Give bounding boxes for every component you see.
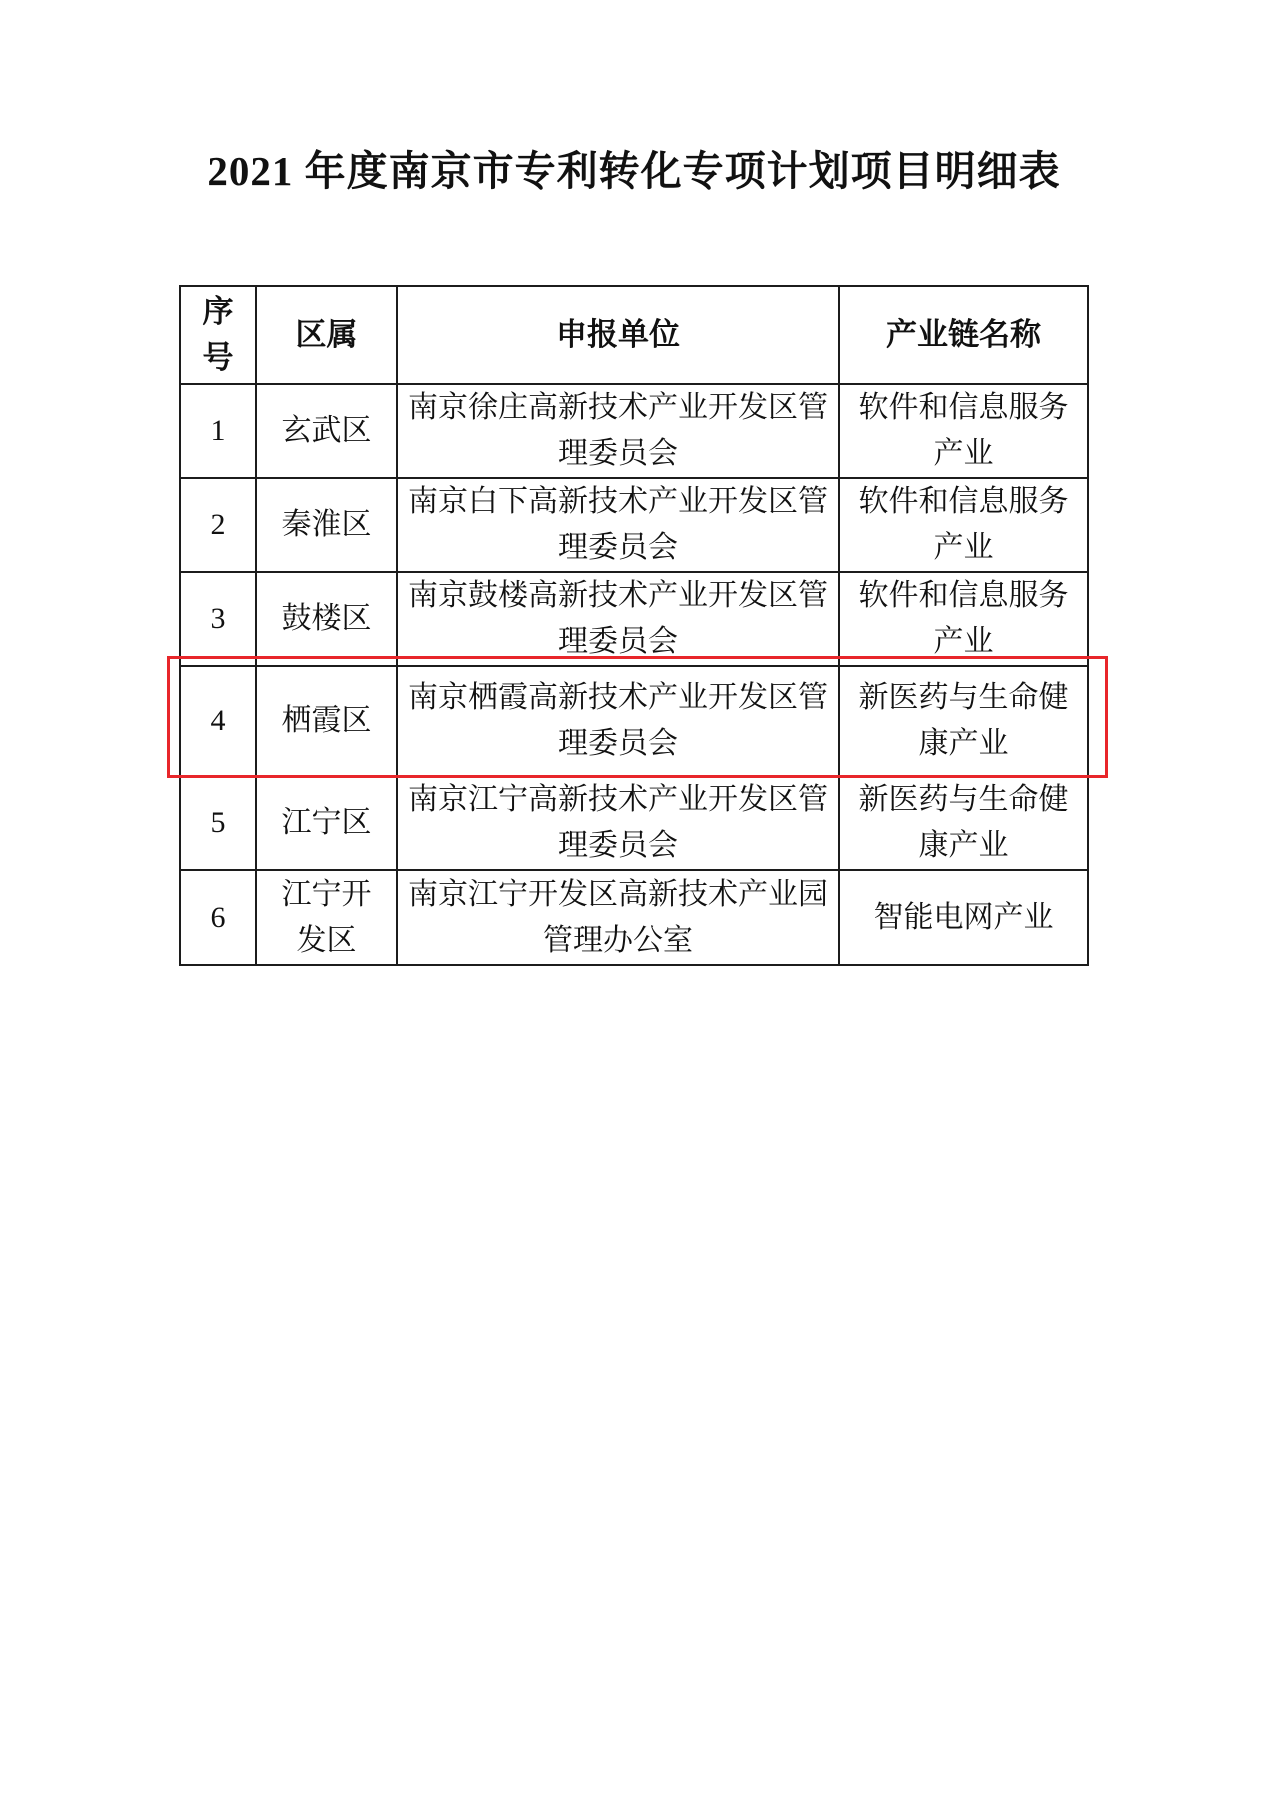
cell-serial-number: 5 [180,776,256,870]
cell-serial-number: 1 [180,384,256,478]
cell-district: 栖霞区 [256,666,397,776]
cell-industry-chain: 软件和信息服务 产业 [839,384,1088,478]
cell-district: 江宁开 发区 [256,870,397,965]
document-title: 2021 年度南京市专利转化专项计划项目明细表 [0,138,1268,197]
table-row-highlighted: 4 栖霞区 南京栖霞高新技术产业开发区管 理委员会 新医药与生命健 康产业 [180,666,1088,776]
table-row: 6 江宁开 发区 南京江宁开发区高新技术产业园 管理办公室 智能电网产业 [180,870,1088,965]
cell-district: 秦淮区 [256,478,397,572]
header-cell-industry-chain: 产业链名称 [839,286,1088,384]
document-page: 2021 年度南京市专利转化专项计划项目明细表 序 号 区属 申报单位 产业链名… [0,0,1268,1793]
cell-applicant-unit: 南京白下高新技术产业开发区管 理委员会 [397,478,839,572]
table-row: 2 秦淮区 南京白下高新技术产业开发区管 理委员会 软件和信息服务 产业 [180,478,1088,572]
table-row: 1 玄武区 南京徐庄高新技术产业开发区管 理委员会 软件和信息服务 产业 [180,384,1088,478]
projects-table: 序 号 区属 申报单位 产业链名称 1 玄武区 南京徐庄高新技术产业开发区管 理… [179,285,1089,966]
cell-applicant-unit: 南京徐庄高新技术产业开发区管 理委员会 [397,384,839,478]
header-cell-serial-number: 序 号 [180,286,256,384]
cell-industry-chain: 新医药与生命健 康产业 [839,666,1088,776]
header-cell-applicant-unit: 申报单位 [397,286,839,384]
cell-applicant-unit: 南京江宁开发区高新技术产业园 管理办公室 [397,870,839,965]
projects-table-container: 序 号 区属 申报单位 产业链名称 1 玄武区 南京徐庄高新技术产业开发区管 理… [179,285,1089,966]
cell-serial-number: 6 [180,870,256,965]
cell-industry-chain: 软件和信息服务 产业 [839,478,1088,572]
table-row: 3 鼓楼区 南京鼓楼高新技术产业开发区管 理委员会 软件和信息服务 产业 [180,572,1088,666]
cell-industry-chain: 智能电网产业 [839,870,1088,965]
cell-industry-chain: 新医药与生命健 康产业 [839,776,1088,870]
header-cell-district: 区属 [256,286,397,384]
cell-district: 江宁区 [256,776,397,870]
cell-serial-number: 3 [180,572,256,666]
cell-industry-chain: 软件和信息服务 产业 [839,572,1088,666]
table-row: 5 江宁区 南京江宁高新技术产业开发区管 理委员会 新医药与生命健 康产业 [180,776,1088,870]
cell-applicant-unit: 南京栖霞高新技术产业开发区管 理委员会 [397,666,839,776]
cell-applicant-unit: 南京鼓楼高新技术产业开发区管 理委员会 [397,572,839,666]
table-header-row: 序 号 区属 申报单位 产业链名称 [180,286,1088,384]
cell-serial-number: 2 [180,478,256,572]
cell-applicant-unit: 南京江宁高新技术产业开发区管 理委员会 [397,776,839,870]
cell-district: 鼓楼区 [256,572,397,666]
cell-district: 玄武区 [256,384,397,478]
cell-serial-number: 4 [180,666,256,776]
